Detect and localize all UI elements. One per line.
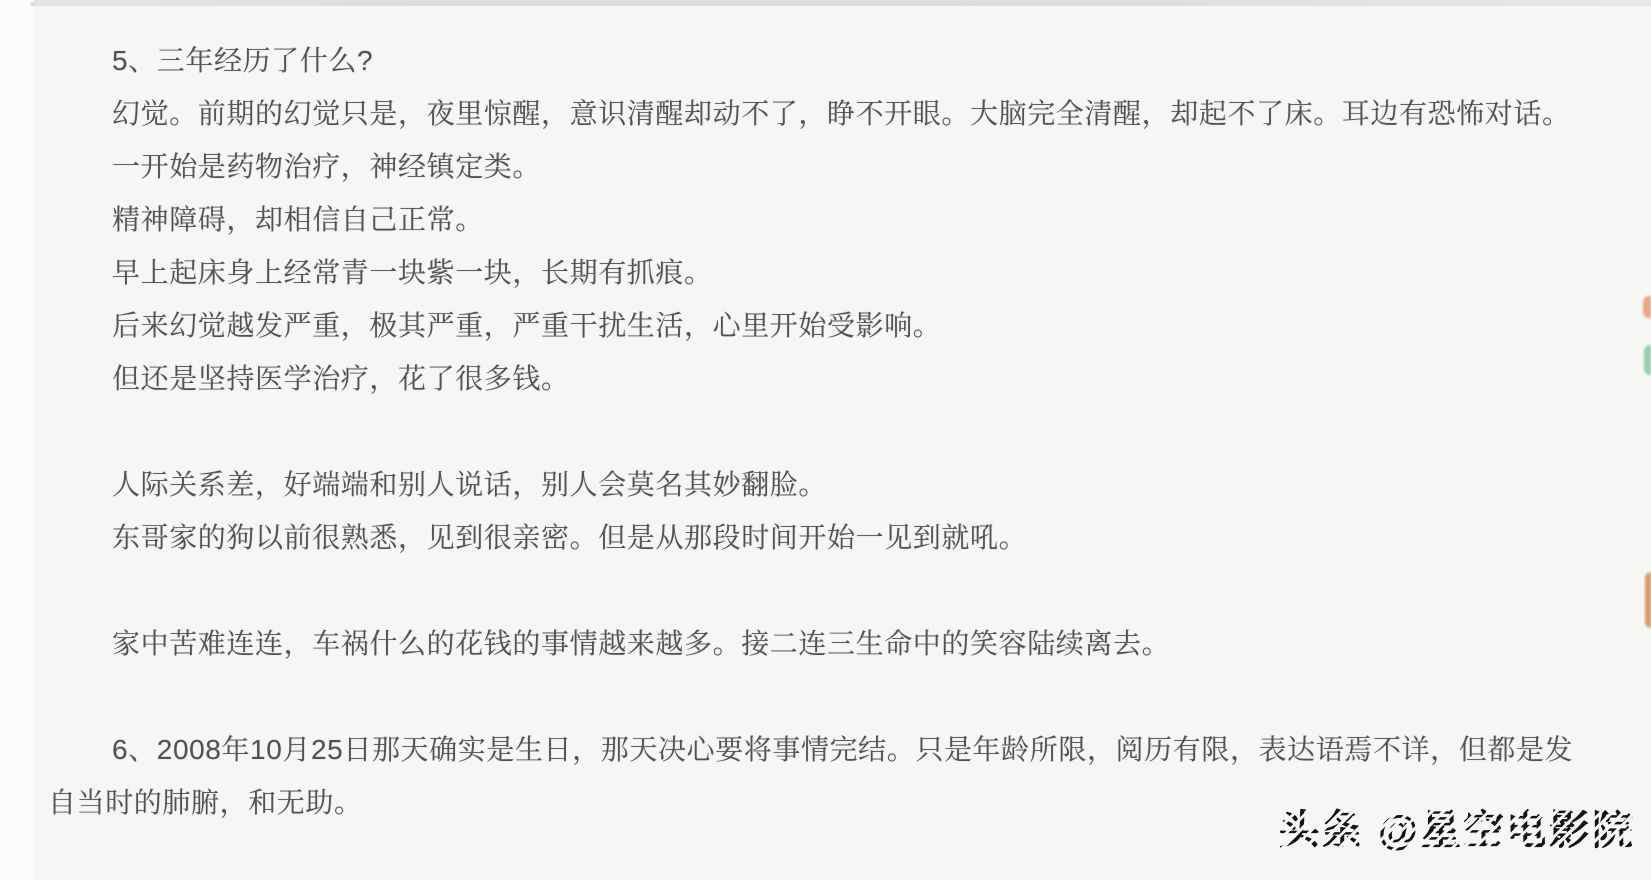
clipped-edge-icon-green <box>1644 345 1651 375</box>
clipped-edge-icon-orange <box>1645 572 1651 628</box>
text-line: 人际关系差，好端端和别人说话，别人会莫名其妙翻脸。 <box>48 458 1651 511</box>
toutiao-watermark: 头条 @星空电影院 <box>1279 797 1635 856</box>
text-line: 6、2008年10月25日那天确实是生日，那天决心要将事情完结。只是年龄所限，阅… <box>48 723 1651 776</box>
text-line: 家中苦难连连，车祸什么的花钱的事情越来越多。接二连三生命中的笑容陆续离去。 <box>48 617 1651 670</box>
text-line: 5、三年经历了什么? <box>48 34 1651 87</box>
clipped-edge-icon-orange <box>1643 296 1651 318</box>
text-line: 东哥家的狗以前很熟悉，见到很亲密。但是从那段时间开始一见到就吼。 <box>48 511 1651 564</box>
text-line: 精神障碍，却相信自己正常。 <box>48 193 1651 246</box>
article-text-block: 5、三年经历了什么? 幻觉。前期的幻觉只是，夜里惊醒，意识清醒却动不了，睁不开眼… <box>48 34 1651 829</box>
text-line: 但还是坚持医学治疗，花了很多钱。 <box>48 352 1651 405</box>
corner-artifact <box>30 2 35 6</box>
blank-line <box>48 670 1651 723</box>
frame-left-margin <box>0 0 34 880</box>
text-line: 一开始是药物治疗，神经镇定类。 <box>48 140 1651 193</box>
blank-line <box>48 564 1651 617</box>
text-line: 早上起床身上经常青一块紫一块，长期有抓痕。 <box>48 246 1651 299</box>
text-line: 幻觉。前期的幻觉只是，夜里惊醒，意识清醒却动不了，睁不开眼。大脑完全清醒，却起不… <box>48 87 1651 140</box>
text-line: 后来幻觉越发严重，极其严重，严重干扰生活，心里开始受影响。 <box>48 299 1651 352</box>
blank-line <box>48 405 1651 458</box>
frame-top-border <box>0 0 1651 6</box>
